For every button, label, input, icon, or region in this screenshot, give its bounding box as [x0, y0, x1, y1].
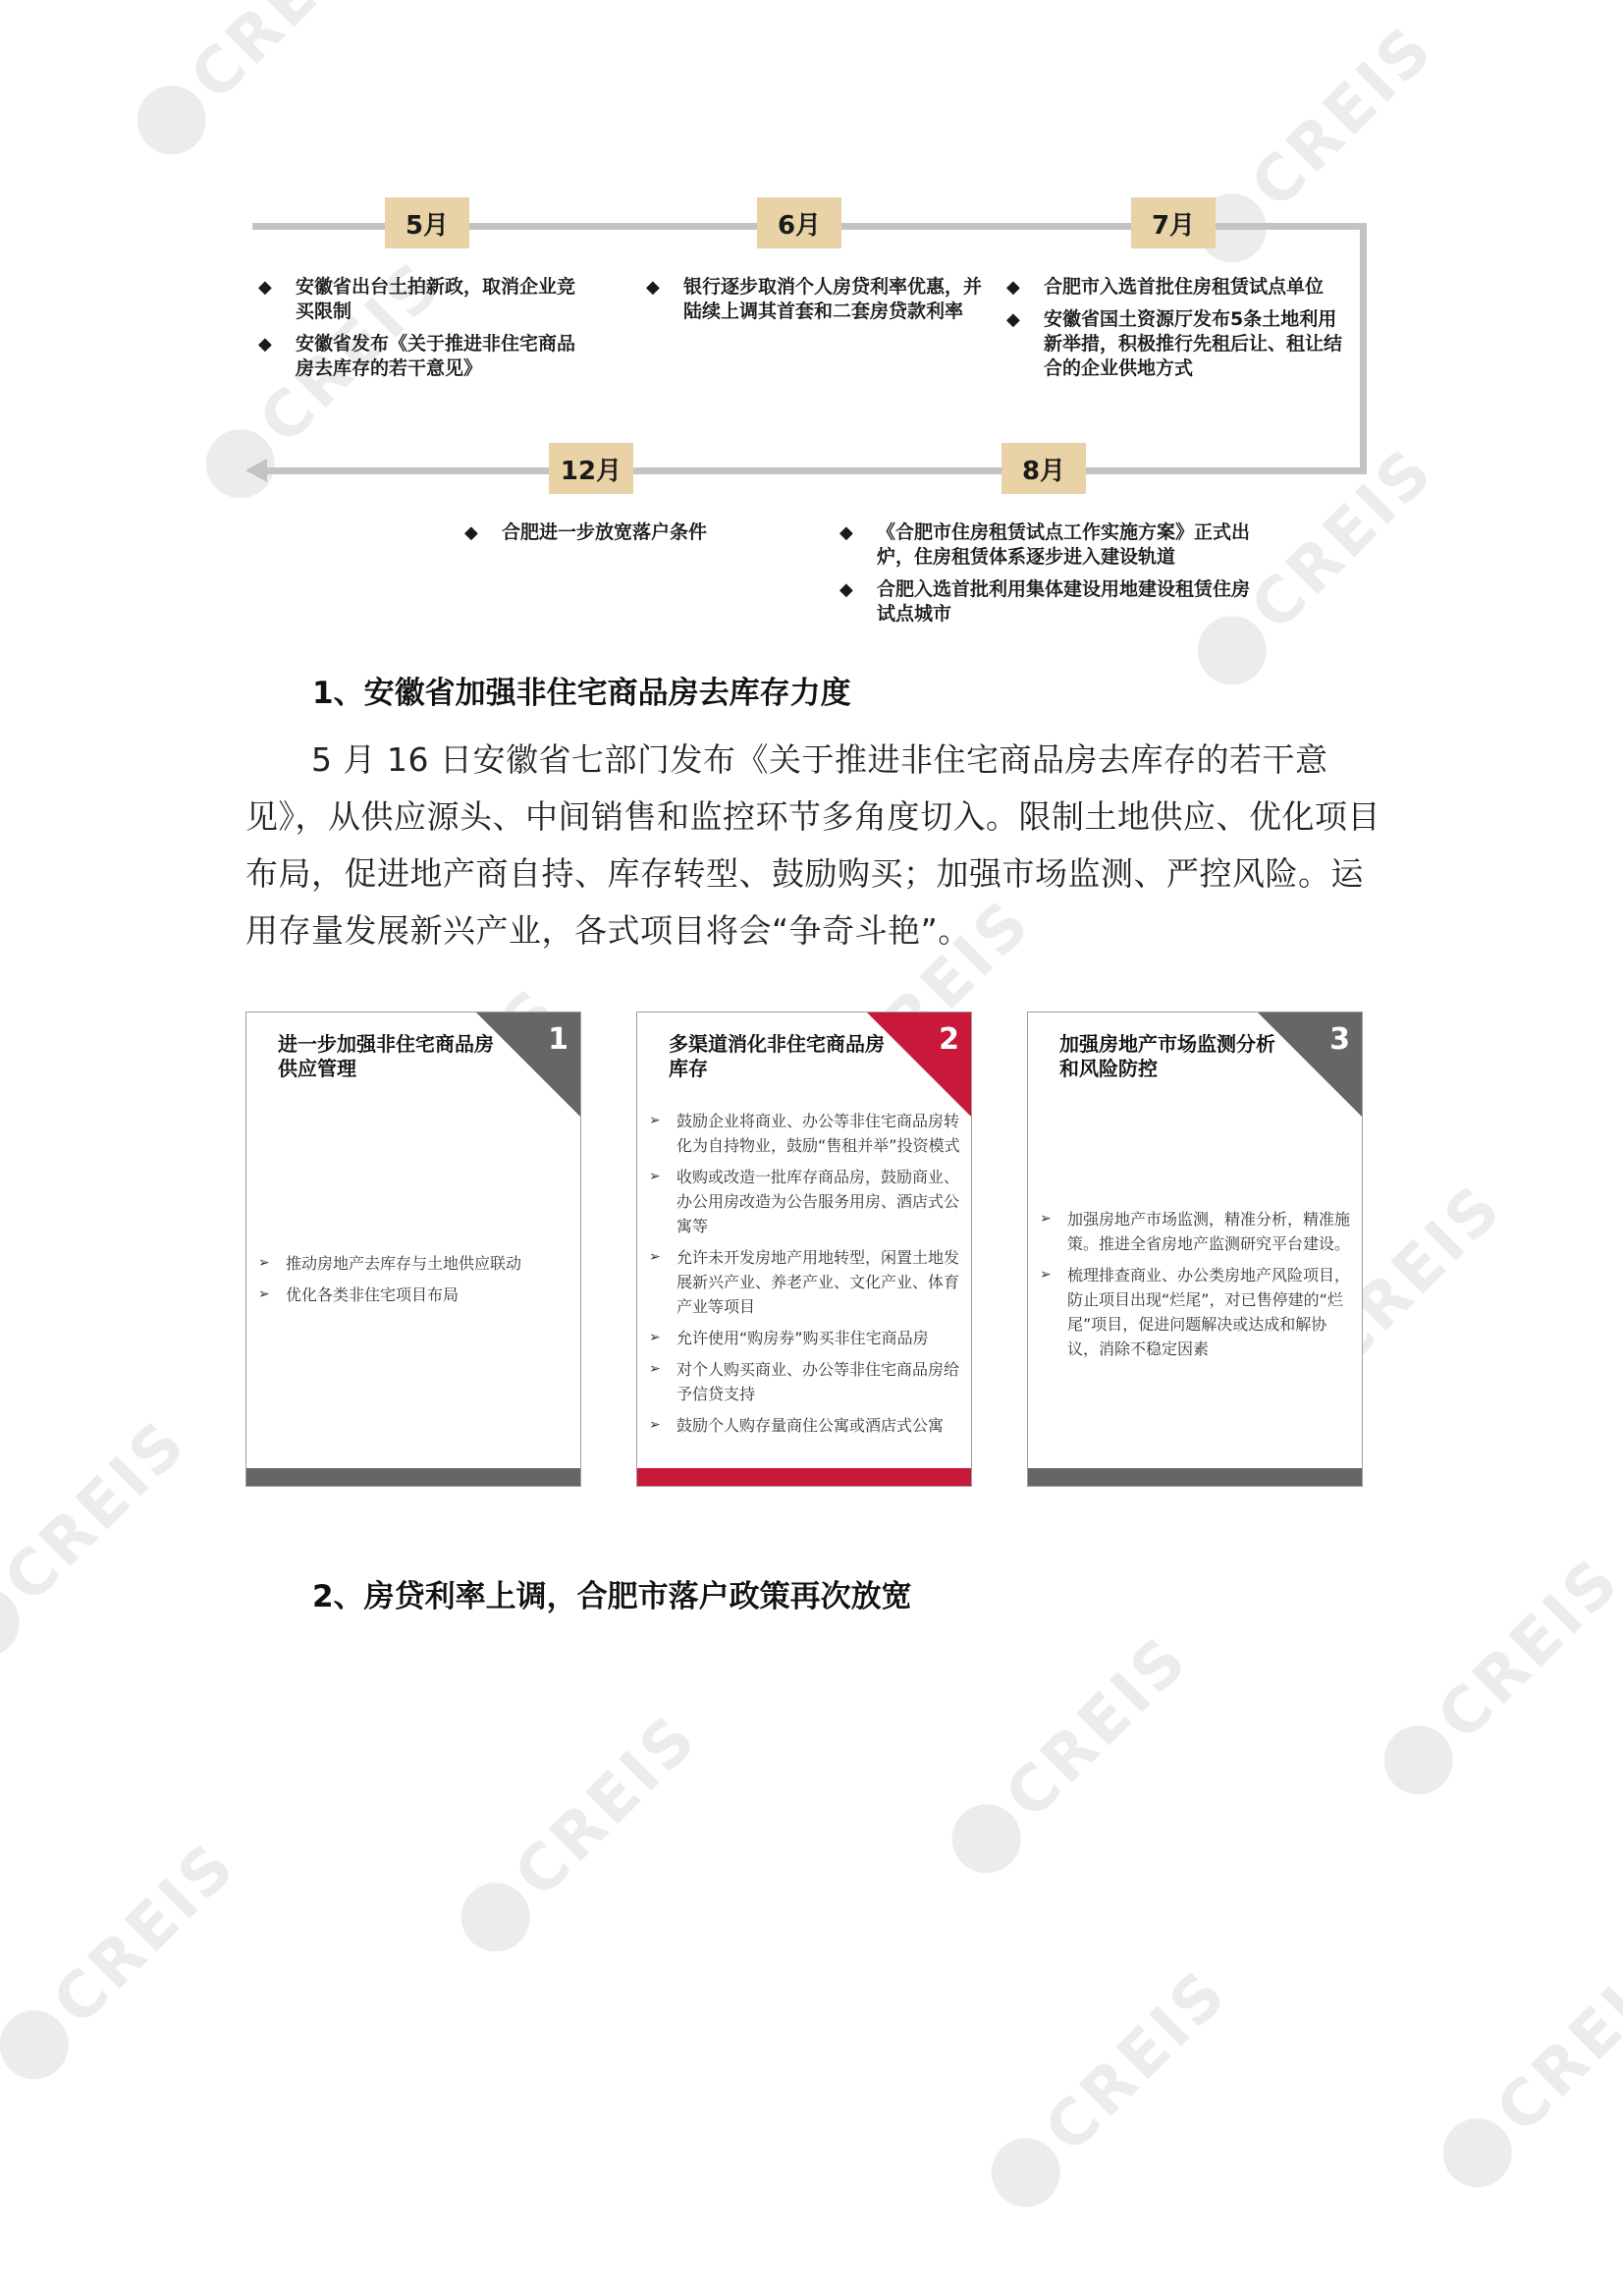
watermark-logo: CREIS: [937, 1622, 1203, 1888]
card-number: 1: [548, 1022, 568, 1057]
watermark-logo: CREIS: [446, 1701, 712, 1967]
card-item: ➢推动房地产去库存与土地供应联动: [258, 1251, 570, 1276]
section-heading: 1、安徽省加强非住宅商品房去库存力度: [312, 668, 851, 712]
june-event-list: ◆银行逐步取消个人房贷利率优惠，并陆续上调其首套和二套房贷款利率: [646, 275, 995, 332]
card-item-list: ➢加强房地产市场监测，精准分析，精准施策。推进全省房地产监测研究平台建设。 ➢梳…: [1040, 1207, 1352, 1368]
card-item: ➢鼓励个人购存量商住公寓或酒店式公寓: [649, 1413, 961, 1438]
watermark-logo: CREIS: [0, 1406, 201, 1672]
diamond-bullet-icon: ◆: [258, 332, 272, 356]
card-item: ➢允许未开发房地产用地转型，闲置土地发展新兴产业、养老产业、文化产业、体育产业等…: [649, 1245, 961, 1319]
arrow-bullet-icon: ➢: [258, 1283, 270, 1307]
december-event-list: ◆合肥进一步放宽落户条件: [464, 520, 779, 553]
diamond-bullet-icon: ◆: [646, 275, 660, 300]
august-event-list: ◆《合肥市住房租赁试点工作实施方案》正式出炉，住房租赁体系逐步进入建设轨道 ◆合…: [839, 520, 1252, 634]
card-item-list: ➢鼓励企业将商业、办公等非住宅商品房转化为自持物业，鼓励“售租并举”投资模式 ➢…: [649, 1109, 961, 1445]
card-item: ➢加强房地产市场监测，精准分析，精准施策。推进全省房地产监测研究平台建设。: [1040, 1207, 1352, 1256]
arrow-bullet-icon: ➢: [1040, 1207, 1052, 1231]
card-item: ➢允许使用“购房券”购买非住宅商品房: [649, 1326, 961, 1350]
event-item: ◆合肥进一步放宽落户条件: [464, 520, 779, 545]
card-title: 多渠道消化非住宅商品房库存: [669, 1032, 894, 1081]
arrow-bullet-icon: ➢: [649, 1109, 661, 1133]
arrow-bullet-icon: ➢: [258, 1251, 270, 1276]
watermark-logo: CREIS: [1369, 1544, 1623, 1810]
month-label-may: 5月: [385, 197, 469, 248]
july-event-list: ◆合肥市入选首批住房租赁试点单位 ◆安徽省国土资源厅发布5条土地利用新举措，积极…: [1006, 275, 1350, 389]
card-title: 加强房地产市场监测分析和风险防控: [1059, 1032, 1285, 1081]
section-heading: 2、房贷利率上调，合肥市落户政策再次放宽: [312, 1571, 912, 1615]
card-item: ➢梳理排查商业、办公类房地产风险项目，防止项目出现“烂尾”，对已售停建的“烂尾”…: [1040, 1263, 1352, 1361]
watermark-logo: CREIS: [0, 1829, 250, 2095]
watermark-logo: CREIS: [976, 1956, 1242, 2222]
arrow-left-icon: [245, 459, 267, 482]
arrow-bullet-icon: ➢: [649, 1165, 661, 1189]
card-footer-bar: [1028, 1468, 1362, 1486]
policy-card-1: 1 进一步加强非住宅商品房供应管理 ➢推动房地产去库存与土地供应联动 ➢优化各类…: [245, 1011, 581, 1487]
arrow-bullet-icon: ➢: [1040, 1263, 1052, 1287]
timeline-right-connector: [1360, 223, 1367, 474]
event-item: ◆安徽省出台土拍新政，取消企业竞买限制: [258, 275, 592, 324]
card-footer-bar: [637, 1468, 971, 1486]
card-title: 进一步加强非住宅商品房供应管理: [278, 1032, 504, 1081]
diamond-bullet-icon: ◆: [1006, 307, 1020, 332]
card-item: ➢优化各类非住宅项目布局: [258, 1283, 570, 1307]
diamond-bullet-icon: ◆: [464, 520, 478, 545]
card-number: 2: [939, 1022, 959, 1057]
policy-card-2: 2 多渠道消化非住宅商品房库存 ➢鼓励企业将商业、办公等非住宅商品房转化为自持物…: [636, 1011, 972, 1487]
event-item: ◆《合肥市住房租赁试点工作实施方案》正式出炉，住房租赁体系逐步进入建设轨道: [839, 520, 1252, 570]
watermark-logo: CREIS: [1428, 1937, 1623, 2203]
diamond-bullet-icon: ◆: [839, 520, 853, 545]
month-label-june: 6月: [757, 197, 841, 248]
event-item: ◆安徽省发布《关于推进非住宅商品房去库存的若干意见》: [258, 332, 592, 381]
event-item: ◆银行逐步取消个人房贷利率优惠，并陆续上调其首套和二套房贷款利率: [646, 275, 995, 324]
diamond-bullet-icon: ◆: [839, 577, 853, 602]
watermark-logo: CREIS: [1182, 12, 1448, 278]
month-label-july: 7月: [1131, 197, 1216, 248]
event-item: ◆合肥市入选首批住房租赁试点单位: [1006, 275, 1350, 300]
policy-card-3: 3 加强房地产市场监测分析和风险防控 ➢加强房地产市场监测，精准分析，精准施策。…: [1027, 1011, 1363, 1487]
diamond-bullet-icon: ◆: [258, 275, 272, 300]
event-item: ◆合肥入选首批利用集体建设用地建设租赁住房试点城市: [839, 577, 1252, 627]
timeline-bottom-line: [265, 467, 1367, 474]
card-item: ➢鼓励企业将商业、办公等非住宅商品房转化为自持物业，鼓励“售租并举”投资模式: [649, 1109, 961, 1158]
card-item: ➢收购或改造一批库存商品房，鼓励商业、办公用房改造为公告服务用房、酒店式公寓等: [649, 1165, 961, 1238]
section-paragraph: 5 月 16 日安徽省七部门发布《关于推进非住宅商品房去库存的若干意见》，从供应…: [245, 732, 1389, 959]
card-item-list: ➢推动房地产去库存与土地供应联动 ➢优化各类非住宅项目布局: [258, 1251, 570, 1314]
arrow-bullet-icon: ➢: [649, 1326, 661, 1350]
watermark-logo: CREIS: [122, 0, 388, 170]
event-item: ◆安徽省国土资源厅发布5条土地利用新举措，积极推行先租后让、租让结合的企业供地方…: [1006, 307, 1350, 381]
arrow-bullet-icon: ➢: [649, 1413, 661, 1438]
may-event-list: ◆安徽省出台土拍新政，取消企业竞买限制 ◆安徽省发布《关于推进非住宅商品房去库存…: [258, 275, 592, 389]
month-label-august: 8月: [1001, 443, 1086, 494]
card-item: ➢对个人购买商业、办公等非住宅商品房给予信贷支持: [649, 1357, 961, 1406]
diamond-bullet-icon: ◆: [1006, 275, 1020, 300]
card-number: 3: [1329, 1022, 1350, 1057]
card-footer-bar: [246, 1468, 580, 1486]
month-label-december: 12月: [549, 443, 633, 494]
arrow-bullet-icon: ➢: [649, 1357, 661, 1382]
arrow-bullet-icon: ➢: [649, 1245, 661, 1270]
